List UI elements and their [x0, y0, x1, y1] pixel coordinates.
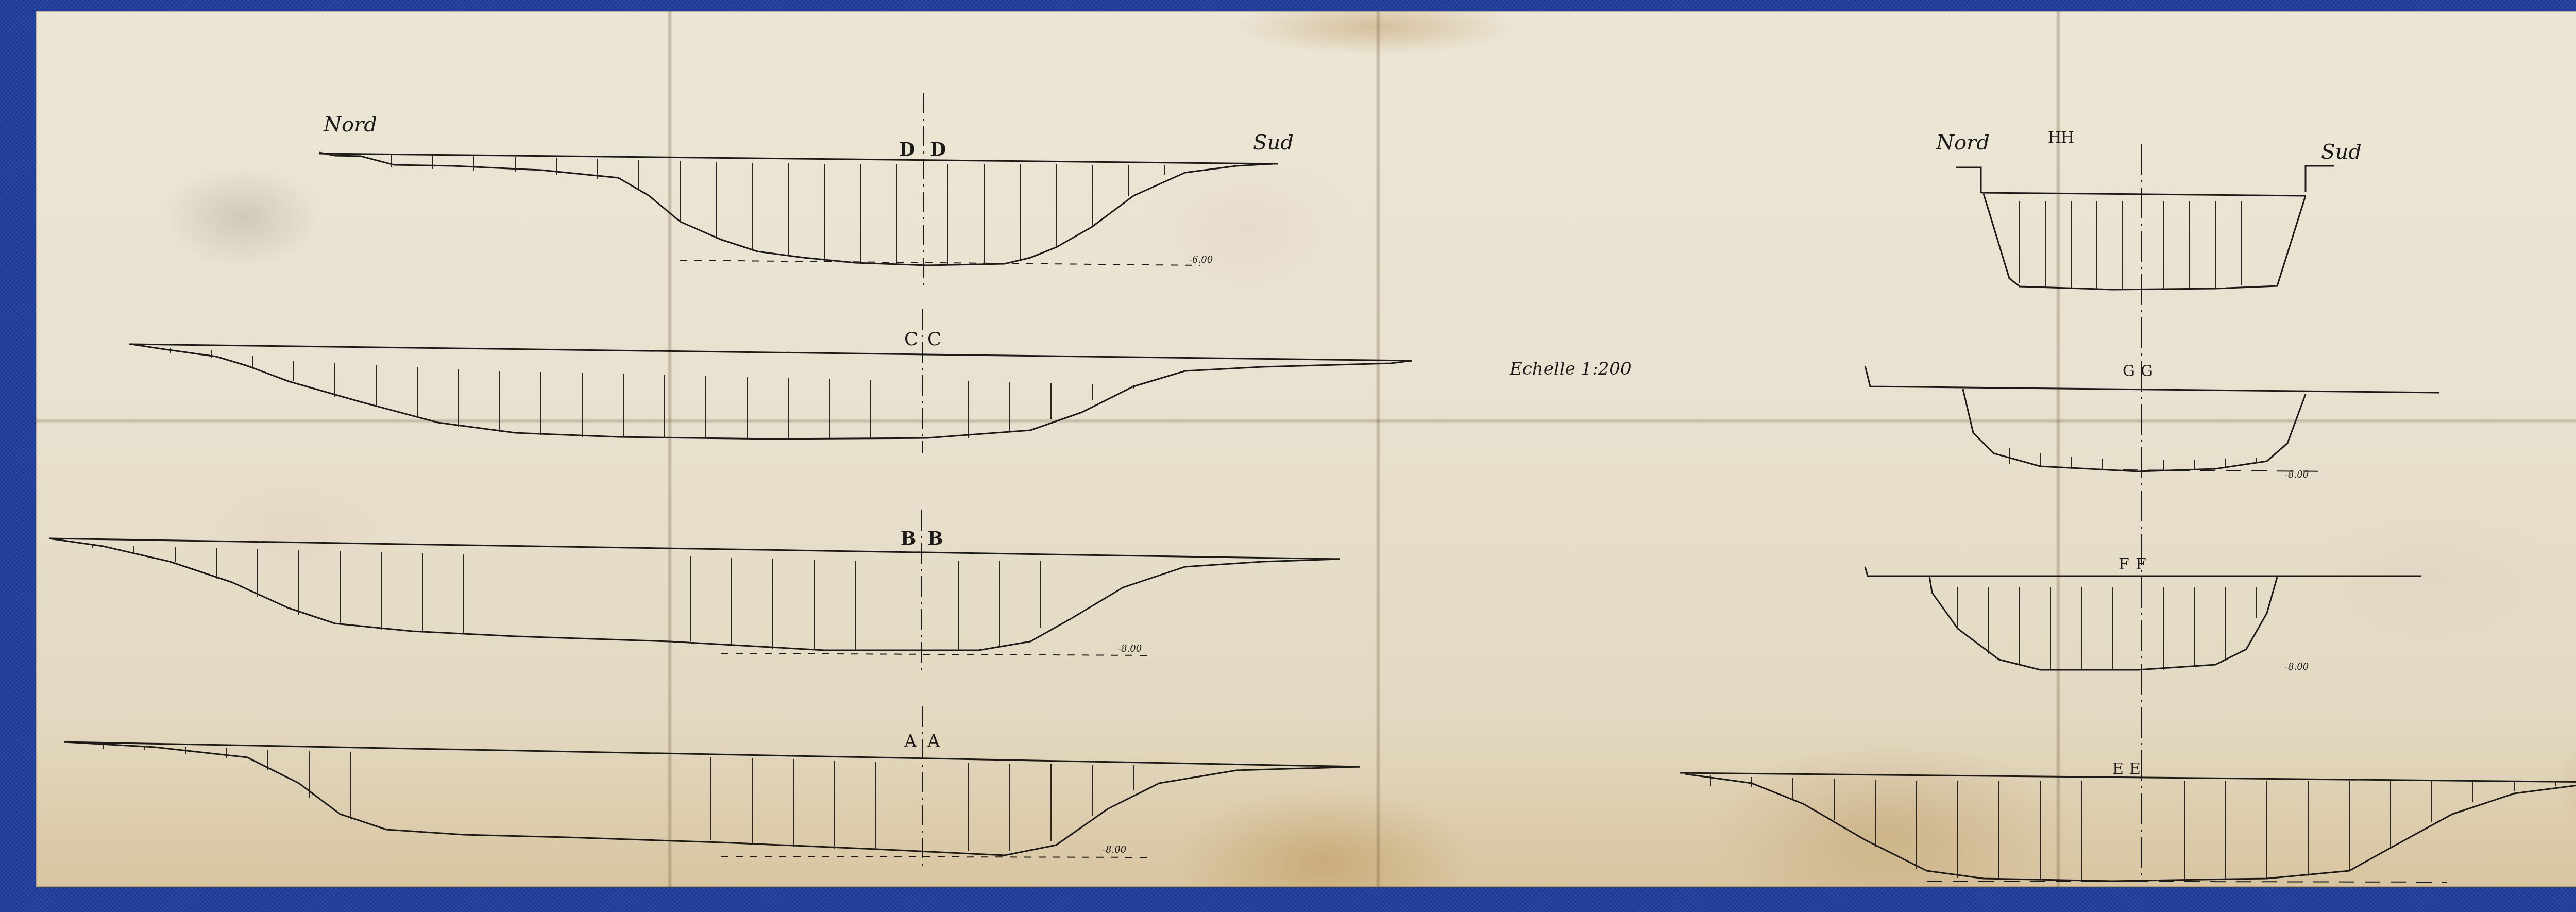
section-label-bb-right: B [927, 528, 943, 549]
profile-cc [129, 309, 1412, 453]
profile-ff [1865, 567, 2421, 670]
riverbed-profile [319, 153, 1273, 265]
section-label-ee-left: E [2112, 760, 2124, 778]
south-label-right: Sud [2321, 140, 2362, 164]
water-line [49, 538, 1340, 559]
south-label: Sud [1253, 131, 1294, 155]
sounding-ticks [93, 155, 2555, 881]
profile-bb [49, 510, 1340, 670]
section-label-aa-right: A [927, 731, 940, 752]
bank-wall [1956, 166, 2334, 193]
section-label-aa-left: A [904, 731, 917, 752]
section-label-gg-left: G [2123, 362, 2135, 380]
water-line [129, 344, 1412, 361]
riverbed-profile [1984, 194, 2306, 290]
riverbed-profile [1685, 774, 2576, 881]
datum-line [721, 856, 1149, 857]
profile-ee [1680, 773, 2576, 882]
north-label: Nord [323, 113, 377, 137]
water-line [1981, 193, 2306, 196]
section-label-hh-left: H [2048, 129, 2061, 147]
section-label-cc-right: C [927, 329, 942, 350]
riverbed-profile [1929, 576, 2277, 670]
section-label-dd-left: D [899, 139, 915, 160]
profile-gg [1865, 366, 2439, 471]
scale-label: Echelle 1:200 [1509, 359, 1632, 379]
datum-label-ff: -8.00 [2285, 662, 2309, 672]
riverbed-profile [1963, 389, 2306, 471]
north-label-right: Nord [1936, 131, 1990, 155]
datum-label-gg: -8.00 [2285, 469, 2309, 480]
water-line [1680, 773, 2576, 782]
datum-label-dd: -6.00 [1189, 255, 1213, 265]
section-label-cc-left: C [904, 329, 919, 350]
section-label-dd-right: D [930, 139, 946, 160]
water-line [319, 154, 1278, 164]
datum-label-bb: -8.00 [1118, 644, 1142, 654]
cross-section-drawing: Nord Sud D D -6.00 C C B B -8.00 A A -8.… [0, 0, 2576, 912]
section-label-ee-right: E [2129, 760, 2141, 778]
section-label-ff-right: F [2136, 555, 2146, 573]
section-label-hh-right: H [2061, 129, 2074, 147]
section-label-bb-left: B [901, 528, 916, 549]
datum-label-aa: -8.00 [1103, 845, 1126, 855]
profile-aa [64, 706, 1360, 871]
section-label-gg-right: G [2141, 362, 2153, 380]
riverbed-profile [64, 742, 1360, 855]
datum-line [721, 653, 1149, 655]
profile-hh [1956, 144, 2334, 876]
datum-line [1927, 881, 2447, 882]
profile-dd [319, 93, 1278, 289]
section-label-ff-left: F [2119, 555, 2129, 573]
